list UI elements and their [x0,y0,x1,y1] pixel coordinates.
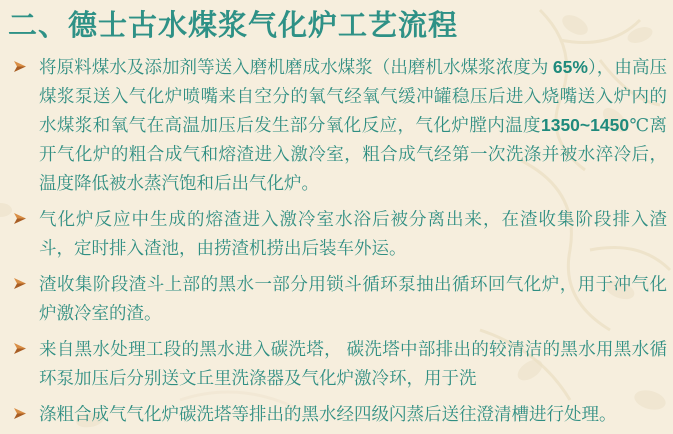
slide-title: 二、德士古水煤浆气化炉工艺流程 [0,0,673,44]
bullet-text-segment: 气化炉反应中生成的熔渣进入激冷室水浴后被分离出来，在渣收集阶段排入渣斗，定时排入… [39,209,667,258]
arrow-bullet-icon [13,335,39,360]
bullet-text-segment: 渣收集阶段渣斗上部的黑水一部分用锁斗循环泵抽出循环回气化炉，用于冲气化炉激冷室的… [39,274,667,323]
arrow-bullet-icon [13,53,39,78]
bullet-list: 将原料煤水及添加剂等送入磨机磨成水煤浆（出磨机水煤浆浓度为 65%），由高压煤浆… [0,53,673,429]
slide: 二、德士古水煤浆气化炉工艺流程 将原料煤水及添加剂等送入磨机磨成水煤浆（出磨机水… [0,0,673,434]
bullet-text: 渣收集阶段渣斗上部的黑水一部分用锁斗循环泵抽出循环回气化炉，用于冲气化炉激冷室的… [39,270,667,328]
bullet-text-bold-segment: 1350~1450 [541,115,629,135]
list-item: 渣收集阶段渣斗上部的黑水一部分用锁斗循环泵抽出循环回气化炉，用于冲气化炉激冷室的… [13,270,667,328]
arrow-bullet-icon [13,205,39,230]
list-item: 气化炉反应中生成的熔渣进入激冷室水浴后被分离出来，在渣收集阶段排入渣斗，定时排入… [13,205,667,263]
list-item: 将原料煤水及添加剂等送入磨机磨成水煤浆（出磨机水煤浆浓度为 65%），由高压煤浆… [13,53,667,198]
bullet-text: 涤粗合成气气化炉碳洗塔等排出的黑水经四级闪蒸后送往澄清槽进行处理。 [39,400,667,429]
arrow-bullet-icon [13,400,39,425]
arrow-bullet-icon [13,270,39,295]
bullet-text-bold-segment: 65% [553,57,588,77]
list-item: 涤粗合成气气化炉碳洗塔等排出的黑水经四级闪蒸后送往澄清槽进行处理。 [13,400,667,429]
bullet-text-segment: 涤粗合成气气化炉碳洗塔等排出的黑水经四级闪蒸后送往澄清槽进行处理。 [39,404,617,424]
bullet-text: 来自黑水处理工段的黑水进入碳洗塔， 碳洗塔中部排出的较清洁的黑水用黑水循环泵加压… [39,335,667,393]
bullet-text-segment: 来自黑水处理工段的黑水进入碳洗塔， 碳洗塔中部排出的较清洁的黑水用黑水循环泵加压… [39,339,667,388]
bullet-text: 气化炉反应中生成的熔渣进入激冷室水浴后被分离出来，在渣收集阶段排入渣斗，定时排入… [39,205,667,263]
bullet-text: 将原料煤水及添加剂等送入磨机磨成水煤浆（出磨机水煤浆浓度为 65%），由高压煤浆… [39,53,667,198]
list-item: 来自黑水处理工段的黑水进入碳洗塔， 碳洗塔中部排出的较清洁的黑水用黑水循环泵加压… [13,335,667,393]
bullet-text-segment: 将原料煤水及添加剂等送入磨机磨成水煤浆（出磨机水煤浆浓度为 [39,57,553,77]
